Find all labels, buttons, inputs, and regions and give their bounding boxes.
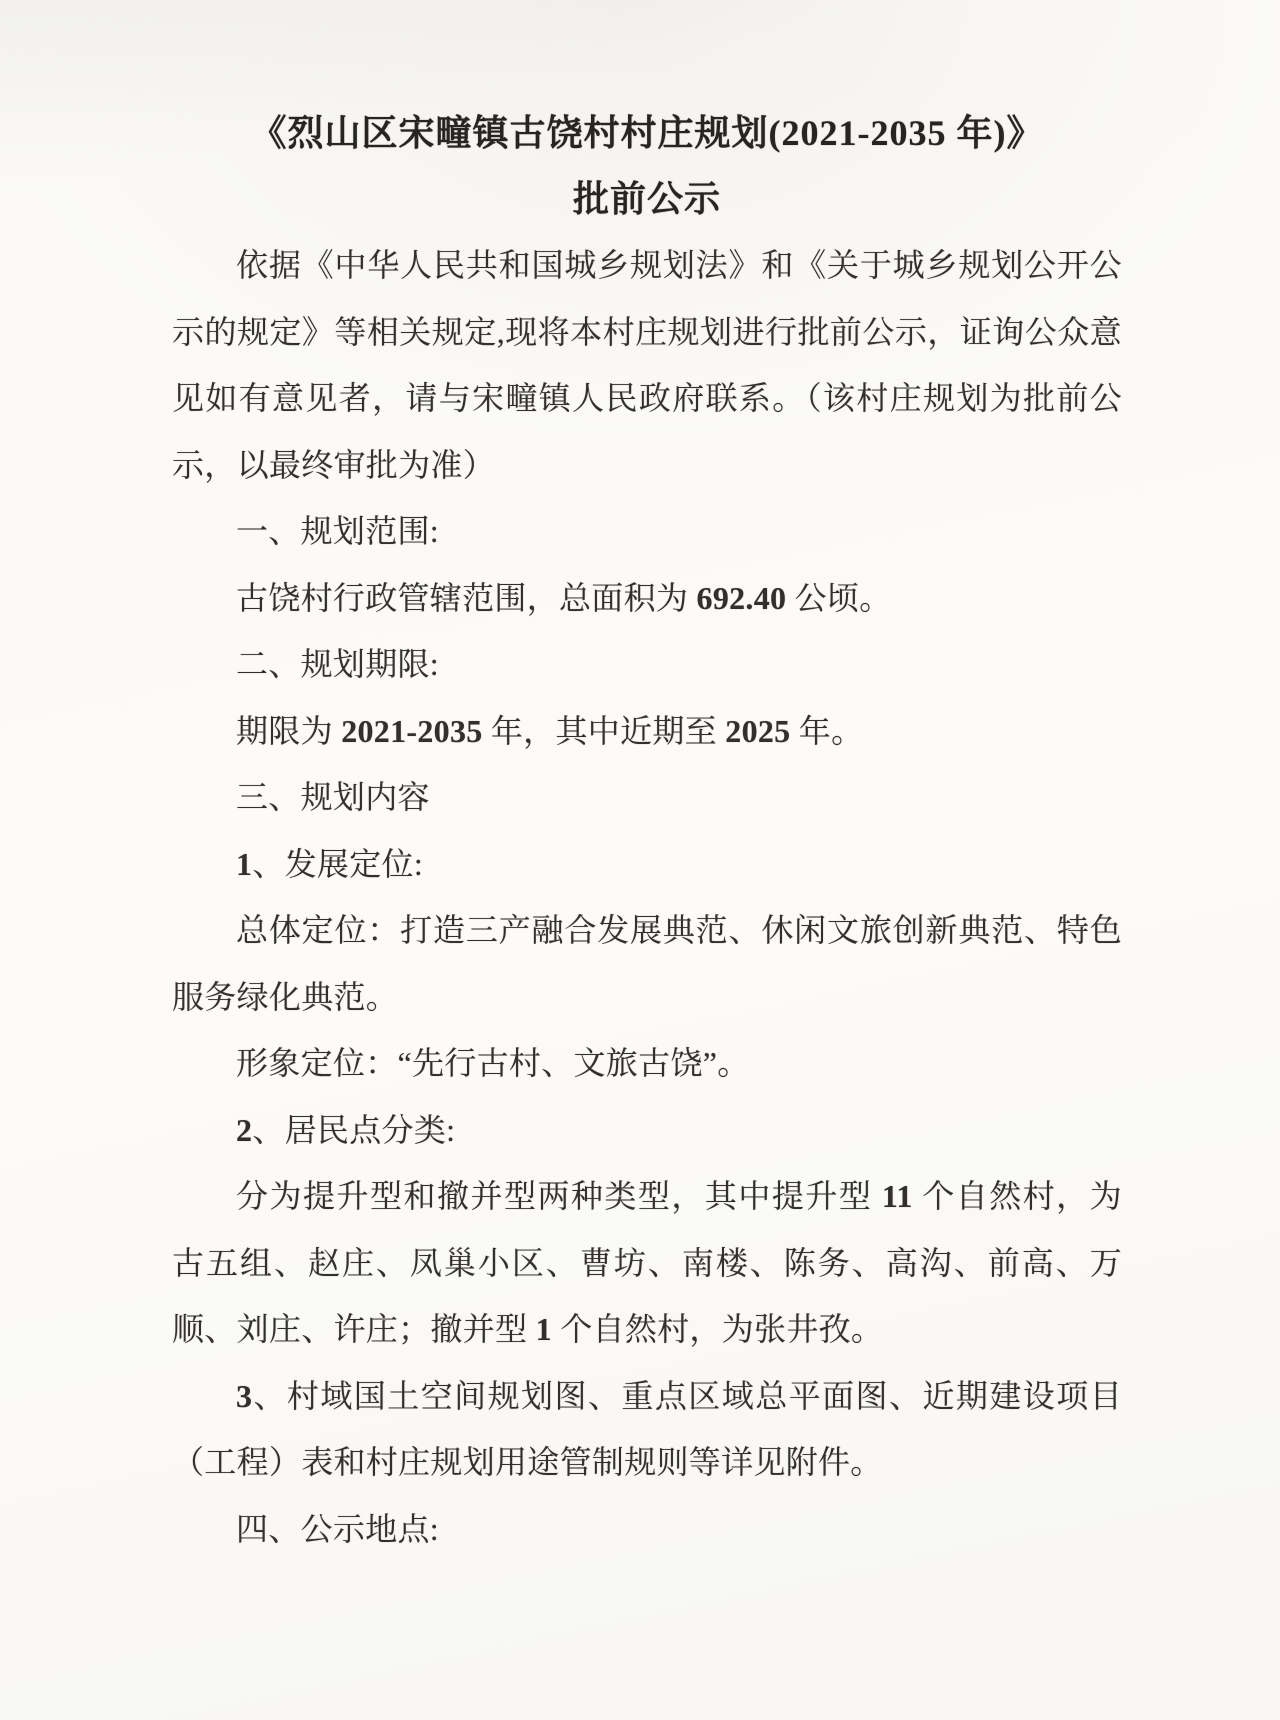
text-run: 期限为 [236,713,341,749]
text-run: 古饶村行政管辖范围，总面积为 [236,580,697,616]
text-run: 、发展定位: [252,846,423,882]
paragraph: 依据《中华人民共和国城乡规划法》和《关于城乡规划公开公示的规定》等相关规定,现将… [172,232,1122,498]
bold-number-run: 2021-2035 [341,713,482,749]
paragraph: 1、发展定位: [172,831,1122,898]
text-run: 三、规划内容 [236,779,430,815]
paragraph: 古饶村行政管辖范围，总面积为 692.40 公顷。 [172,565,1122,632]
document-title-line1: 《烈山区宋疃镇古饶村村庄规划(2021-2035 年)》 [172,100,1122,166]
bold-number-run: 2025 [725,713,790,749]
paragraph: 三、规划内容 [172,764,1122,831]
paragraph: 分为提升型和撤并型两种类型，其中提升型 11 个自然村，为古五组、赵庄、凤巢小区… [172,1163,1122,1363]
bold-number-run: 1 [236,846,252,882]
paragraph: 3、村域国土空间规划图、重点区域总平面图、近期建设项目（工程）表和村庄规划用途管… [172,1363,1122,1496]
text-run: 年。 [790,713,863,749]
text-run: 公顷。 [786,580,891,616]
paragraph: 形象定位：“先行古村、文旅古饶”。 [172,1030,1122,1097]
bold-number-run: 692.40 [697,580,787,616]
bold-number-run: 1 [536,1311,552,1347]
text-run: 年，其中近期至 [483,713,726,749]
text-run: 二、规划期限: [236,646,439,682]
bold-number-run: 3 [236,1378,252,1414]
text-run: 一、规划范围: [236,513,439,549]
paragraph: 一、规划范围: [172,498,1122,565]
paragraph: 二、规划期限: [172,631,1122,698]
text-run: 总体定位：打造三产融合发展典范、休闲文旅创新典范、特色服务绿化典范。 [172,912,1122,1015]
text-run: 四、公示地点: [236,1511,439,1547]
bold-number-run: 11 [882,1178,913,1214]
text-run: 、村域国土空间规划图、重点区域总平面图、近期建设项目（工程）表和村庄规划用途管制… [172,1378,1122,1481]
paragraph: 期限为 2021-2035 年，其中近期至 2025 年。 [172,698,1122,765]
text-run: 个自然村，为张井孜。 [552,1311,883,1347]
paragraph: 总体定位：打造三产融合发展典范、休闲文旅创新典范、特色服务绿化典范。 [172,897,1122,1030]
text-run: 形象定位：“先行古村、文旅古饶”。 [236,1045,750,1081]
paragraph: 四、公示地点: [172,1496,1122,1563]
document-body: 依据《中华人民共和国城乡规划法》和《关于城乡规划公开公示的规定》等相关规定,现将… [172,232,1122,1562]
document-title-line2: 批前公示 [172,166,1122,232]
scanned-notice-page: 《烈山区宋疃镇古饶村村庄规划(2021-2035 年)》 批前公示 依据《中华人… [0,0,1280,1720]
text-run: 分为提升型和撤并型两种类型，其中提升型 [236,1178,882,1214]
text-run: 、居民点分类: [252,1112,455,1148]
text-run: 依据《中华人民共和国城乡规划法》和《关于城乡规划公开公示的规定》等相关规定,现将… [172,247,1122,483]
bold-number-run: 2 [236,1112,252,1148]
paragraph: 2、居民点分类: [172,1097,1122,1164]
